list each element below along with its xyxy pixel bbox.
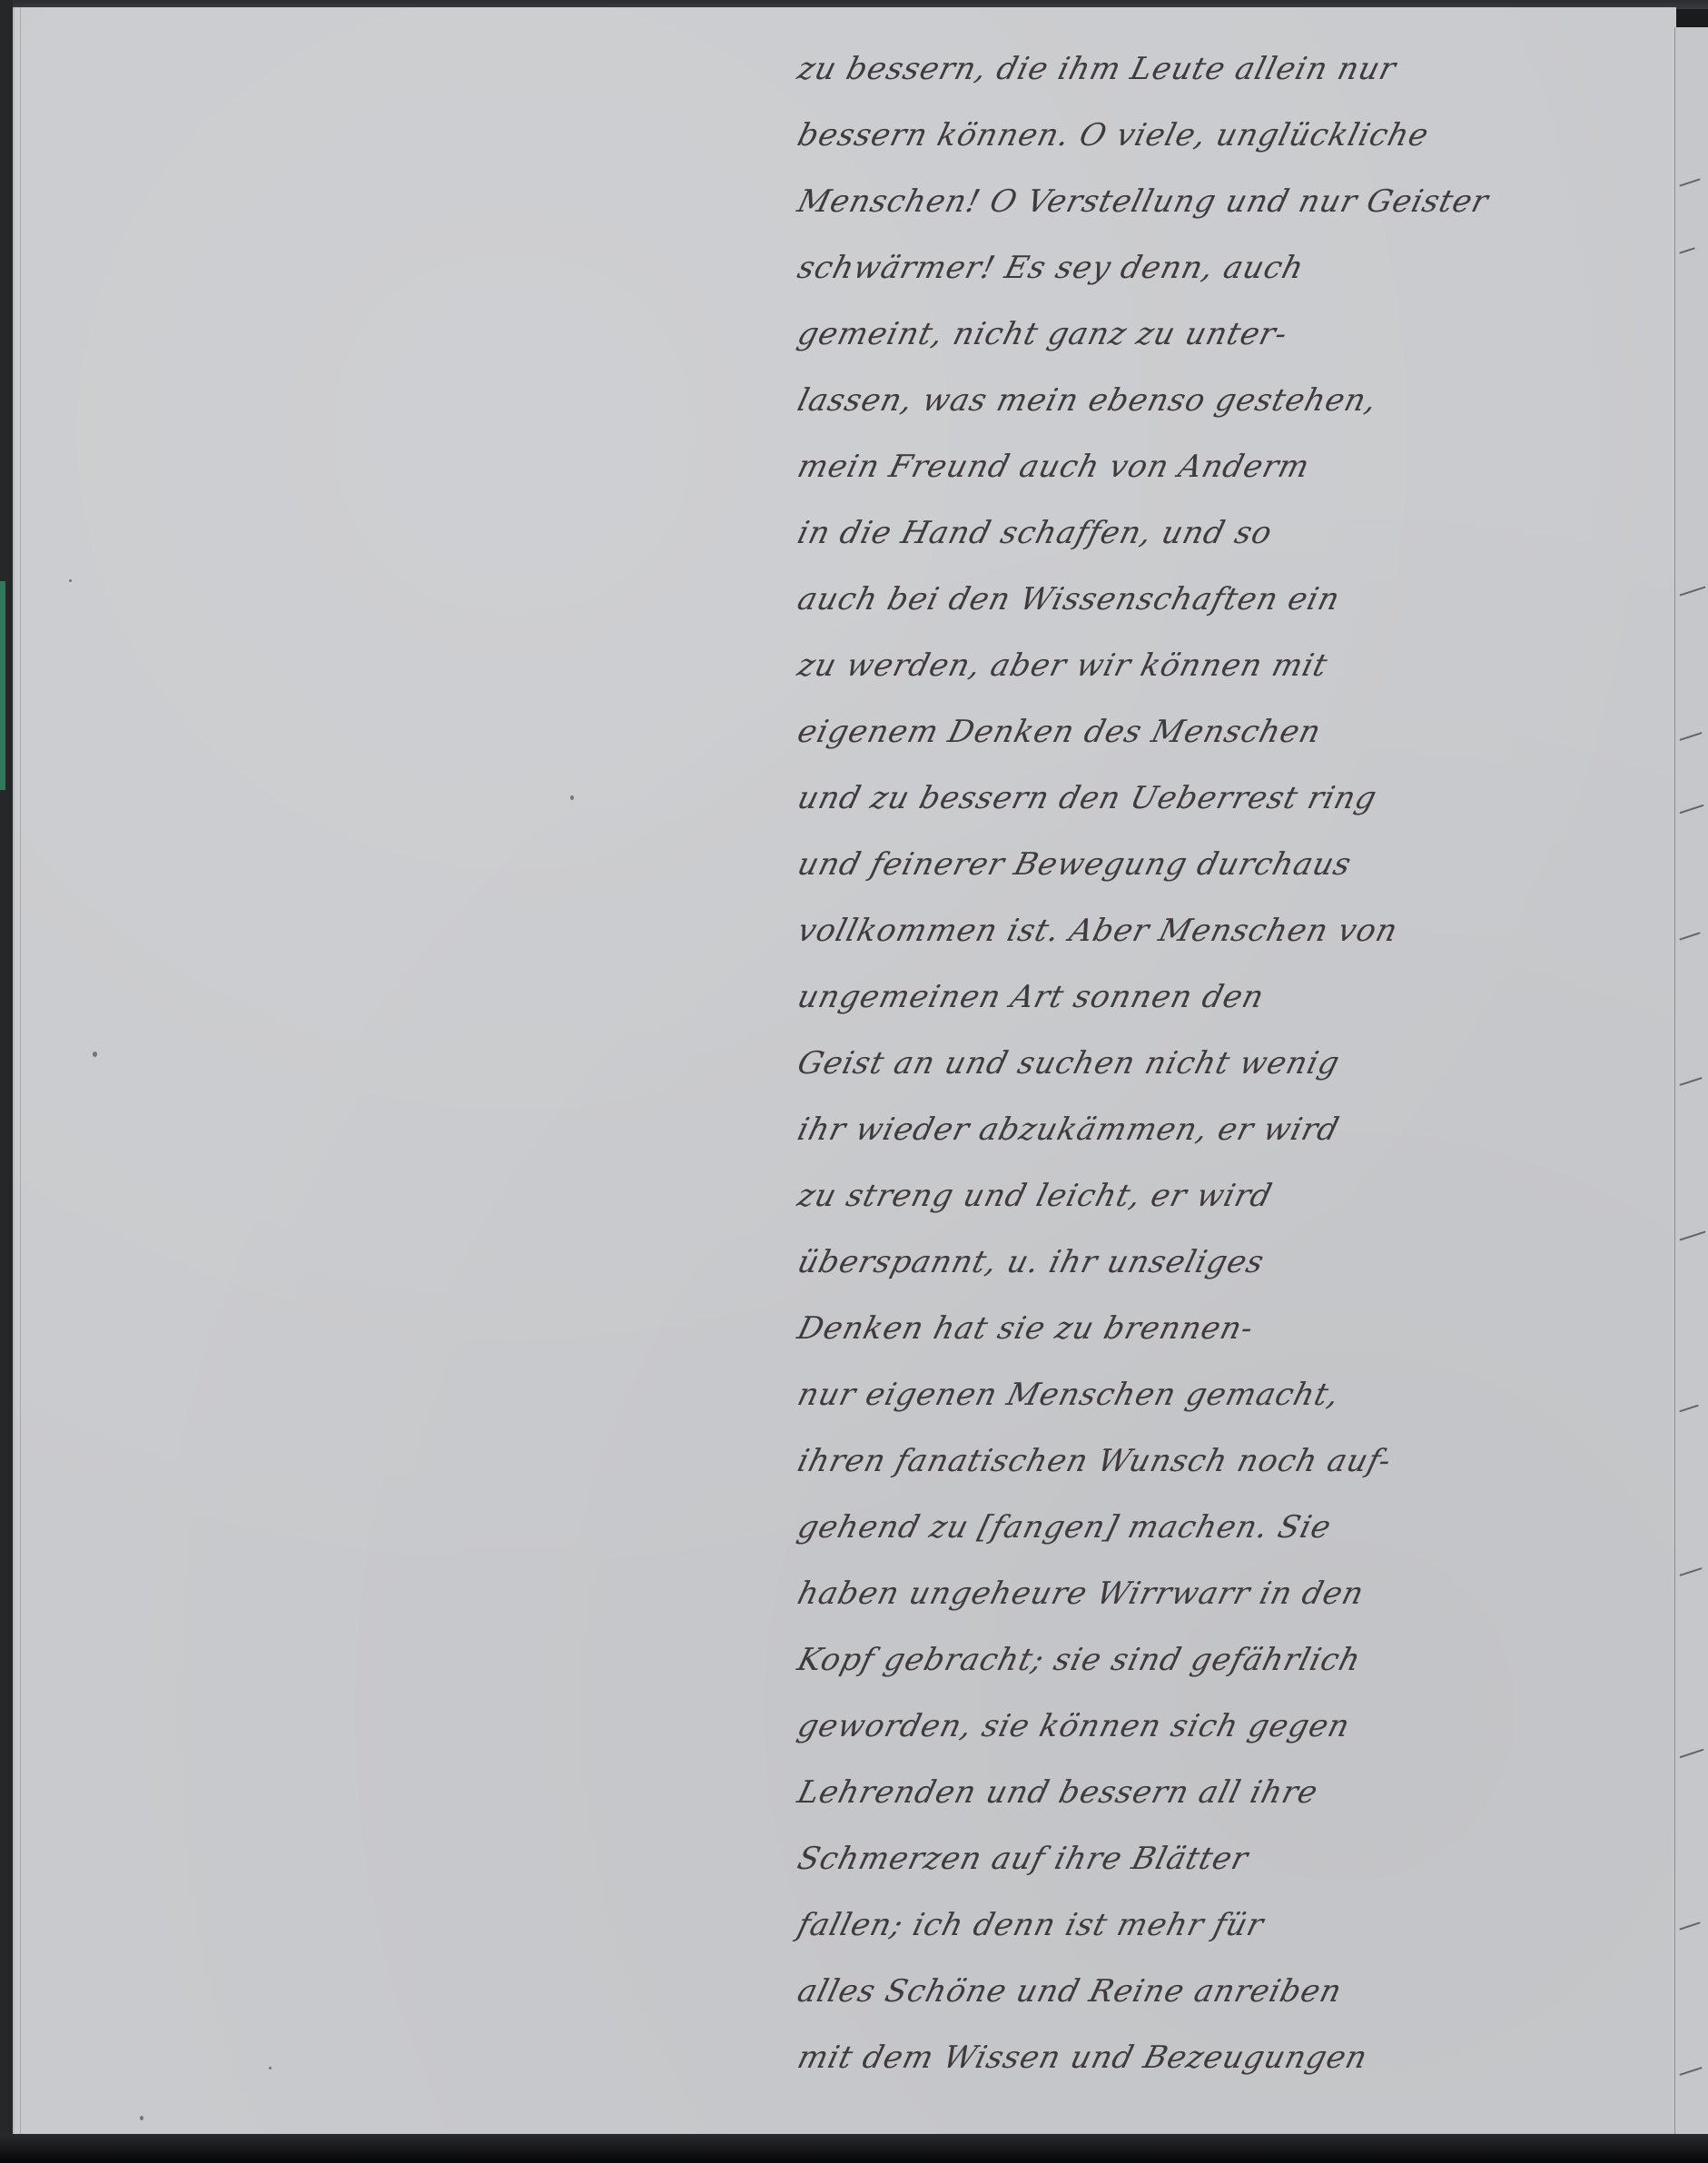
text-line: Menschen! O Verstellung und nur Geister — [790, 169, 1683, 235]
ink-speck — [269, 2067, 272, 2069]
text-line: nur eigenen Menschen gemacht, — [790, 1362, 1683, 1428]
text-line: eigenem Denken des Menschen — [790, 699, 1683, 765]
text-line: haben ungeheure Wirrwarr in den — [790, 1561, 1683, 1627]
text-line: geworden, sie können sich gegen — [790, 1694, 1683, 1760]
text-line: und zu bessern den Ueberrest ring — [790, 765, 1683, 832]
text-line: Denken hat sie zu brennen- — [790, 1296, 1683, 1362]
text-line: auch bei den Wissenschaften ein — [790, 567, 1683, 633]
text-line: Kopf gebracht; sie sind gefährlich — [790, 1627, 1683, 1694]
text-line: gemeint, nicht ganz zu unter- — [790, 301, 1683, 368]
adjacent-page-edge — [1674, 27, 1708, 2138]
binding-tab — [0, 581, 5, 790]
ink-speck — [69, 579, 72, 582]
text-line: gehend zu [fangen] machen. Sie — [790, 1495, 1683, 1561]
text-line: zu werden, aber wir können mit — [790, 633, 1683, 699]
text-line: zu bessern, die ihm Leute allein nur — [790, 36, 1683, 103]
page-fold-line — [20, 7, 21, 2138]
text-line: ungemeinen Art sonnen den — [790, 964, 1683, 1031]
scan-bottom-edge — [0, 2134, 1708, 2163]
text-line: bessern können. O viele, unglückliche — [790, 103, 1683, 169]
ink-speck — [570, 795, 574, 800]
text-line: schwärmer! Es sey denn, auch — [790, 235, 1683, 301]
text-line: in die Hand schaffen, und so — [790, 500, 1683, 567]
text-line: ihr wieder abzukämmen, er wird — [790, 1097, 1683, 1163]
scan-left-edge — [0, 0, 13, 2163]
text-line: fallen; ich denn ist mehr für — [790, 1892, 1683, 1959]
text-line: überspannt, u. ihr unseliges — [790, 1230, 1683, 1296]
text-line: Schmerzen auf ihre Blätter — [790, 1826, 1683, 1892]
text-line: und feinerer Bewegung durchaus — [790, 832, 1683, 898]
text-line: zu streng und leicht, er wird — [790, 1163, 1683, 1230]
handwritten-text-block: zu bessern, die ihm Leute allein nur bes… — [790, 36, 1666, 2091]
text-line: Lehrenden und bessern all ihre — [790, 1760, 1683, 1826]
text-line: Geist an und suchen nicht wenig — [790, 1031, 1683, 1097]
text-line: vollkommen ist. Aber Menschen von — [790, 898, 1683, 964]
text-line: alles Schöne und Reine anreiben — [790, 1959, 1683, 2025]
text-line: ihren fanatischen Wunsch noch auf- — [790, 1428, 1683, 1495]
text-line: mein Freund auch von Anderm — [790, 434, 1683, 500]
text-line: mit dem Wissen und Bezeugungen — [790, 2025, 1683, 2091]
text-line: lassen, was mein ebenso gestehen, — [790, 368, 1683, 434]
ink-speck — [140, 2116, 143, 2120]
ink-speck — [93, 1052, 97, 1057]
